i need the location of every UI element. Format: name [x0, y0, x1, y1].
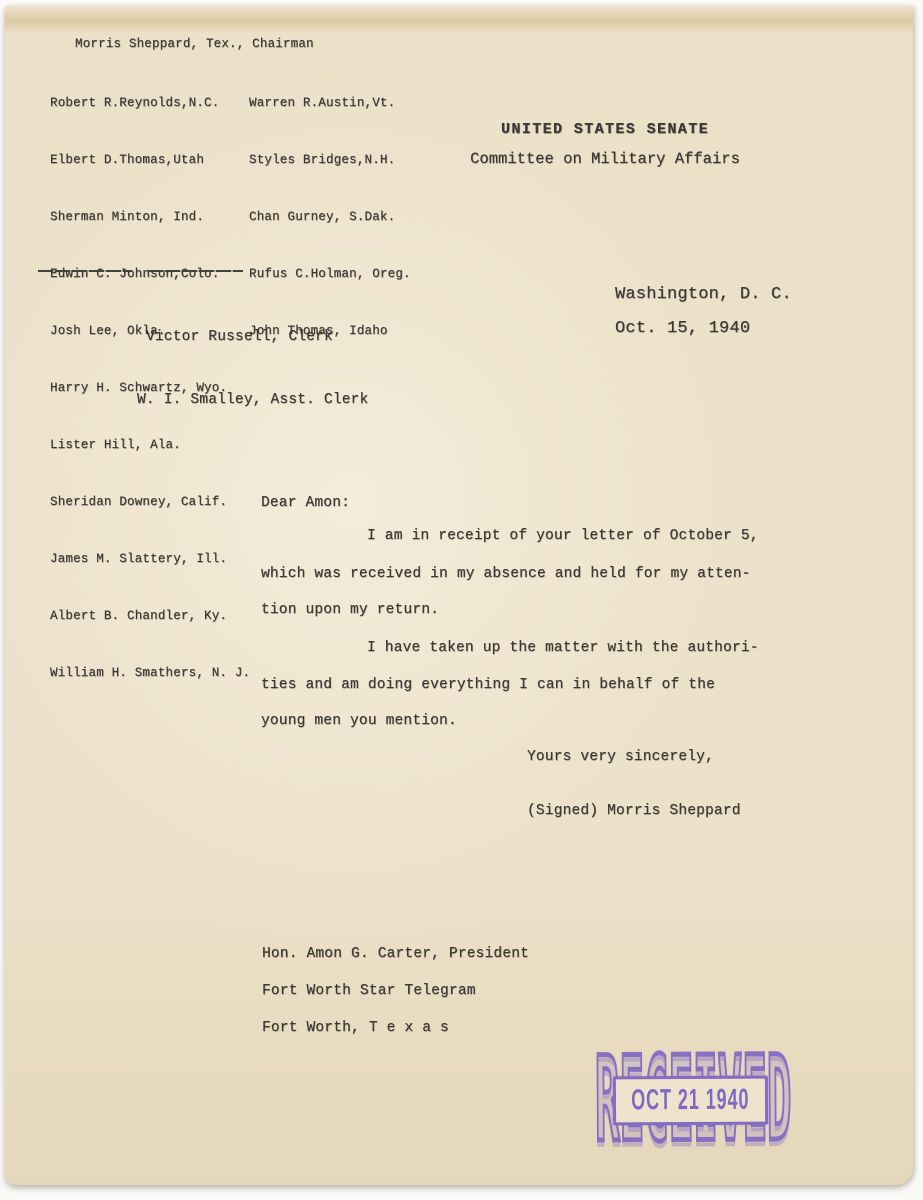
committee-member: Elbert D.Thomas,Utah — [50, 151, 250, 170]
received-stamp: RECEIVED RECEIVED OCT 21 1940 — [592, 1052, 794, 1146]
body-line: I have taken up the matter with the auth… — [367, 640, 759, 656]
clerk-line: Victor Russell, Clerk — [137, 327, 368, 348]
committee-member: Chan Gurney, S.Dak. — [249, 208, 411, 227]
committee-member: Edwin C. Johnson,Colo. — [50, 265, 250, 284]
signature-line: (Signed) Morris Sheppard — [527, 803, 741, 819]
divider-dashes — [148, 270, 243, 272]
dateline-location: Washington, D. C. — [615, 285, 792, 304]
letter-document: Morris Sheppard, Tex., Chairman Robert R… — [5, 6, 913, 1185]
body-line: ties and am doing everything I can in be… — [261, 677, 715, 693]
committee-member: Sherman Minton, Ind. — [50, 208, 250, 227]
salutation: Dear Amon: — [261, 495, 350, 511]
committee-member: Sheridan Downey, Calif. — [50, 493, 250, 512]
clerk-line: W. I. Smalley, Asst. Clerk — [137, 390, 368, 411]
body-line: I am in receipt of your letter of Octobe… — [367, 528, 759, 544]
organization-header: UNITED STATES SENATE Committee on Milita… — [445, 121, 765, 168]
committee-member: James M. Slattery, Ill. — [50, 550, 250, 569]
valediction: Yours very sincerely, — [527, 749, 714, 765]
committee-member: Robert R.Reynolds,N.C. — [50, 94, 250, 113]
recipient-organization: Fort Worth Star Telegram — [262, 983, 476, 999]
body-line: which was received in my absence and hel… — [261, 566, 751, 582]
divider-dashes — [38, 270, 132, 272]
chairman-line: Morris Sheppard, Tex., Chairman — [75, 37, 314, 51]
body-line: tion upon my return. — [261, 602, 439, 618]
clerk-lines: Victor Russell, Clerk W. I. Smalley, Ass… — [137, 285, 368, 453]
recipient-name: Hon. Amon G. Carter, President — [262, 946, 529, 962]
dateline-date: Oct. 15, 1940 — [615, 319, 750, 338]
stamp-date-box: OCT 21 1940 — [613, 1076, 768, 1126]
committee-member: Rufus C.Holman, Oreg. — [249, 265, 411, 284]
senate-title: UNITED STATES SENATE — [445, 121, 765, 138]
committee-member: Styles Bridges,N.H. — [249, 151, 411, 170]
recipient-city: Fort Worth, T e x a s — [262, 1020, 449, 1036]
committee-member: Warren R.Austin,Vt. — [249, 94, 411, 113]
paper-top-shading — [5, 6, 913, 34]
stamp-date: OCT 21 1940 — [631, 1084, 749, 1118]
body-line: young men you mention. — [261, 713, 457, 729]
committee-member: William H. Smathers, N. J. — [50, 664, 250, 683]
committee-member: Albert B. Chandler, Ky. — [50, 607, 250, 626]
letter-scan: Morris Sheppard, Tex., Chairman Robert R… — [0, 0, 923, 1200]
committee-name: Committee on Military Affairs — [445, 150, 765, 168]
